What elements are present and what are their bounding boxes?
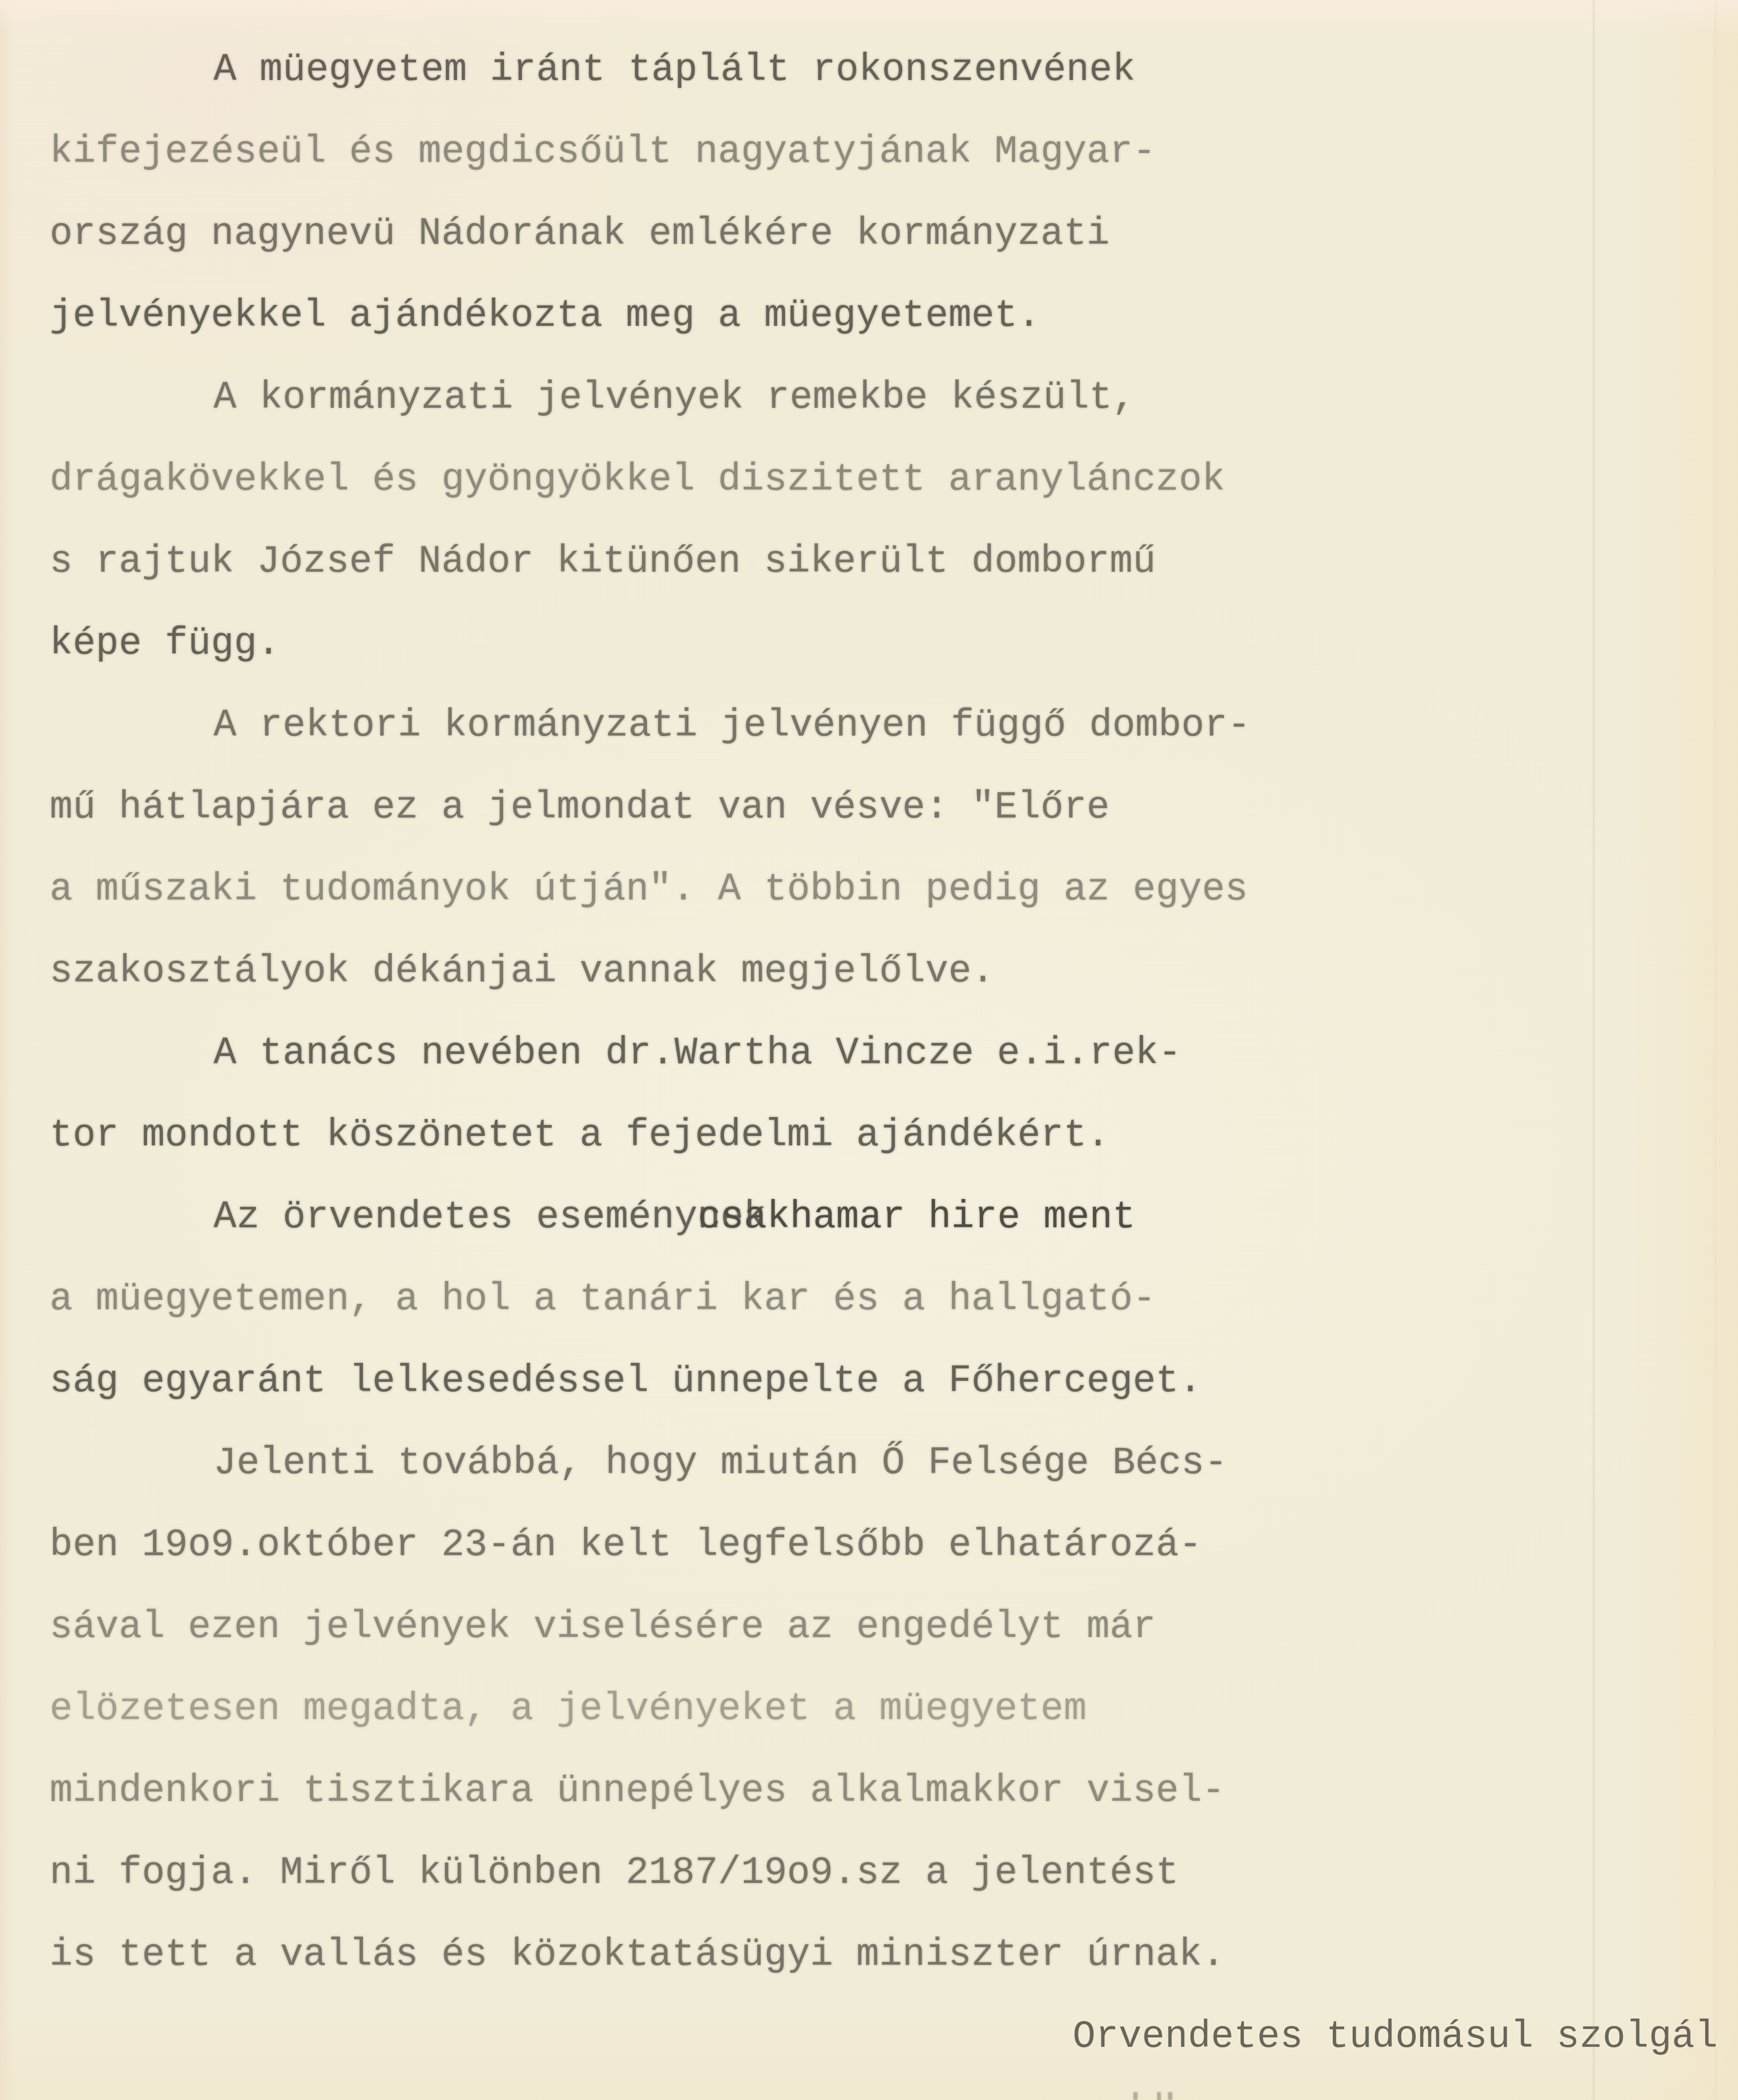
line-text: jelvényekkel ajándékozta meg a müegyetem… bbox=[50, 295, 1041, 338]
typewritten-line: s rajtuk József Nádor kitünően sikerült … bbox=[50, 543, 1156, 581]
typewritten-line: Jelenti továbbá, hogy miután Ő Felsége B… bbox=[214, 1444, 1228, 1483]
typewritten-line: is tett a vallás és közoktatásügyi minis… bbox=[50, 1936, 1225, 1974]
typewritten-line: ország nagynevü Nádorának emlékére kormá… bbox=[50, 215, 1110, 253]
line-text: a műszaki tudományok útján". A többin pe… bbox=[50, 868, 1248, 911]
typewritten-text-block: Orvendetes tudomásul szolgál A müegyetem… bbox=[0, 0, 1738, 2100]
typewritten-line: drágakövekkel és gyöngyökkel diszitett a… bbox=[50, 461, 1225, 499]
typewritten-line: mindenkori tisztikara ünnepélyes alkalma… bbox=[50, 1772, 1225, 1810]
typewritten-line: a müegyetemen, a hol a tanári kar és a h… bbox=[50, 1280, 1156, 1319]
line-text: A kormányzati jelvények remekbe készült, bbox=[214, 376, 1135, 420]
typewritten-line: tor mondott köszönetet a fejedelmi ajánd… bbox=[50, 1117, 1110, 1155]
line-text: mindenkori tisztikara ünnepélyes alkalma… bbox=[50, 1770, 1225, 1813]
line-text: tor mondott köszönetet a fejedelmi ajánd… bbox=[50, 1114, 1110, 1157]
typewritten-line: képe függ. bbox=[50, 625, 280, 663]
line-text: is tett a vallás és közoktatásügyi minis… bbox=[50, 1934, 1225, 1977]
typewritten-line: szakosztályok dékánjai vannak megjelőlve… bbox=[50, 953, 995, 991]
typewritten-line: elözetesen megadta, a jelvényeket a müeg… bbox=[50, 1690, 1086, 1728]
typewritten-line: A müegyetem iránt táplált rokonszenvének bbox=[214, 51, 1135, 89]
typewritten-line: sával ezen jelvények viselésére az enged… bbox=[50, 1608, 1156, 1647]
closing-line: Orvendetes tudomásul szolgál bbox=[1073, 2018, 1718, 2056]
typewritten-line: jelvényekkel ajándékozta meg a müegyetem… bbox=[50, 297, 1041, 335]
typewritten-line: mű hátlapjára ez a jelmondat van vésve: … bbox=[50, 789, 1110, 827]
typewritten-line: ni fogja. Miről különben 2187/19o9.sz a … bbox=[50, 1854, 1179, 1892]
line-text: A rektori kormányzati jelvényen függő do… bbox=[214, 704, 1250, 748]
typewritten-line: A rektori kormányzati jelvényen függő do… bbox=[214, 707, 1250, 745]
typewritten-line: Az örvendetes eseménynekcsakhamar hire m… bbox=[214, 1199, 1136, 1237]
line-text: kifejezéseül és megdicsőült nagyatyjának… bbox=[50, 131, 1156, 174]
line-text: elözetesen megadta, a jelvényeket a müeg… bbox=[50, 1688, 1086, 1731]
line-text: drágakövekkel és gyöngyökkel diszitett a… bbox=[50, 458, 1225, 502]
line-text: sával ezen jelvények viselésére az enged… bbox=[50, 1606, 1156, 1649]
overstruck-text: csakhamar hire ment bbox=[698, 1196, 1136, 1239]
line-text: mű hátlapjára ez a jelmondat van vésve: … bbox=[50, 786, 1110, 829]
line-text: A müegyetem iránt táplált rokonszenvének bbox=[214, 49, 1135, 92]
cutoff-ink-speck bbox=[1168, 2092, 1172, 2100]
line-text: képe függ. bbox=[50, 622, 280, 666]
cutoff-ink-speck bbox=[1157, 2092, 1161, 2100]
typewritten-line: ság egyaránt lelkesedéssel ünnepelte a F… bbox=[50, 1362, 1202, 1401]
line-text: ben 19o9.október 23-án kelt legfelsőbb e… bbox=[50, 1524, 1202, 1567]
typewritten-line: A tanács nevében dr.Wartha Vincze e.i.re… bbox=[214, 1035, 1181, 1073]
line-text: A tanács nevében dr.Wartha Vincze e.i.re… bbox=[214, 1032, 1181, 1075]
typewritten-line: a műszaki tudományok útján". A többin pe… bbox=[50, 871, 1248, 909]
typewritten-line: ben 19o9.október 23-án kelt legfelsőbb e… bbox=[50, 1526, 1202, 1565]
line-text: Jelenti továbbá, hogy miután Ő Felsége B… bbox=[214, 1442, 1228, 1485]
line-text: ország nagynevü Nádorának emlékére kormá… bbox=[50, 213, 1110, 256]
line-text: Az örvendetes eseménynek bbox=[214, 1196, 767, 1239]
typewritten-line: kifejezéseül és megdicsőült nagyatyjának… bbox=[50, 133, 1156, 171]
line-text: szakosztályok dékánjai vannak megjelőlve… bbox=[50, 950, 995, 993]
cutoff-ink-speck bbox=[1133, 2092, 1138, 2100]
line-text: ni fogja. Miről különben 2187/19o9.sz a … bbox=[50, 1852, 1179, 1895]
typewritten-line: A kormányzati jelvények remekbe készült, bbox=[214, 379, 1135, 417]
line-text: ság egyaránt lelkesedéssel ünnepelte a F… bbox=[50, 1360, 1202, 1403]
line-text: a müegyetemen, a hol a tanári kar és a h… bbox=[50, 1278, 1156, 1321]
document-page: Orvendetes tudomásul szolgál A müegyetem… bbox=[0, 0, 1738, 2100]
line-text: s rajtuk József Nádor kitünően sikerült … bbox=[50, 540, 1156, 584]
